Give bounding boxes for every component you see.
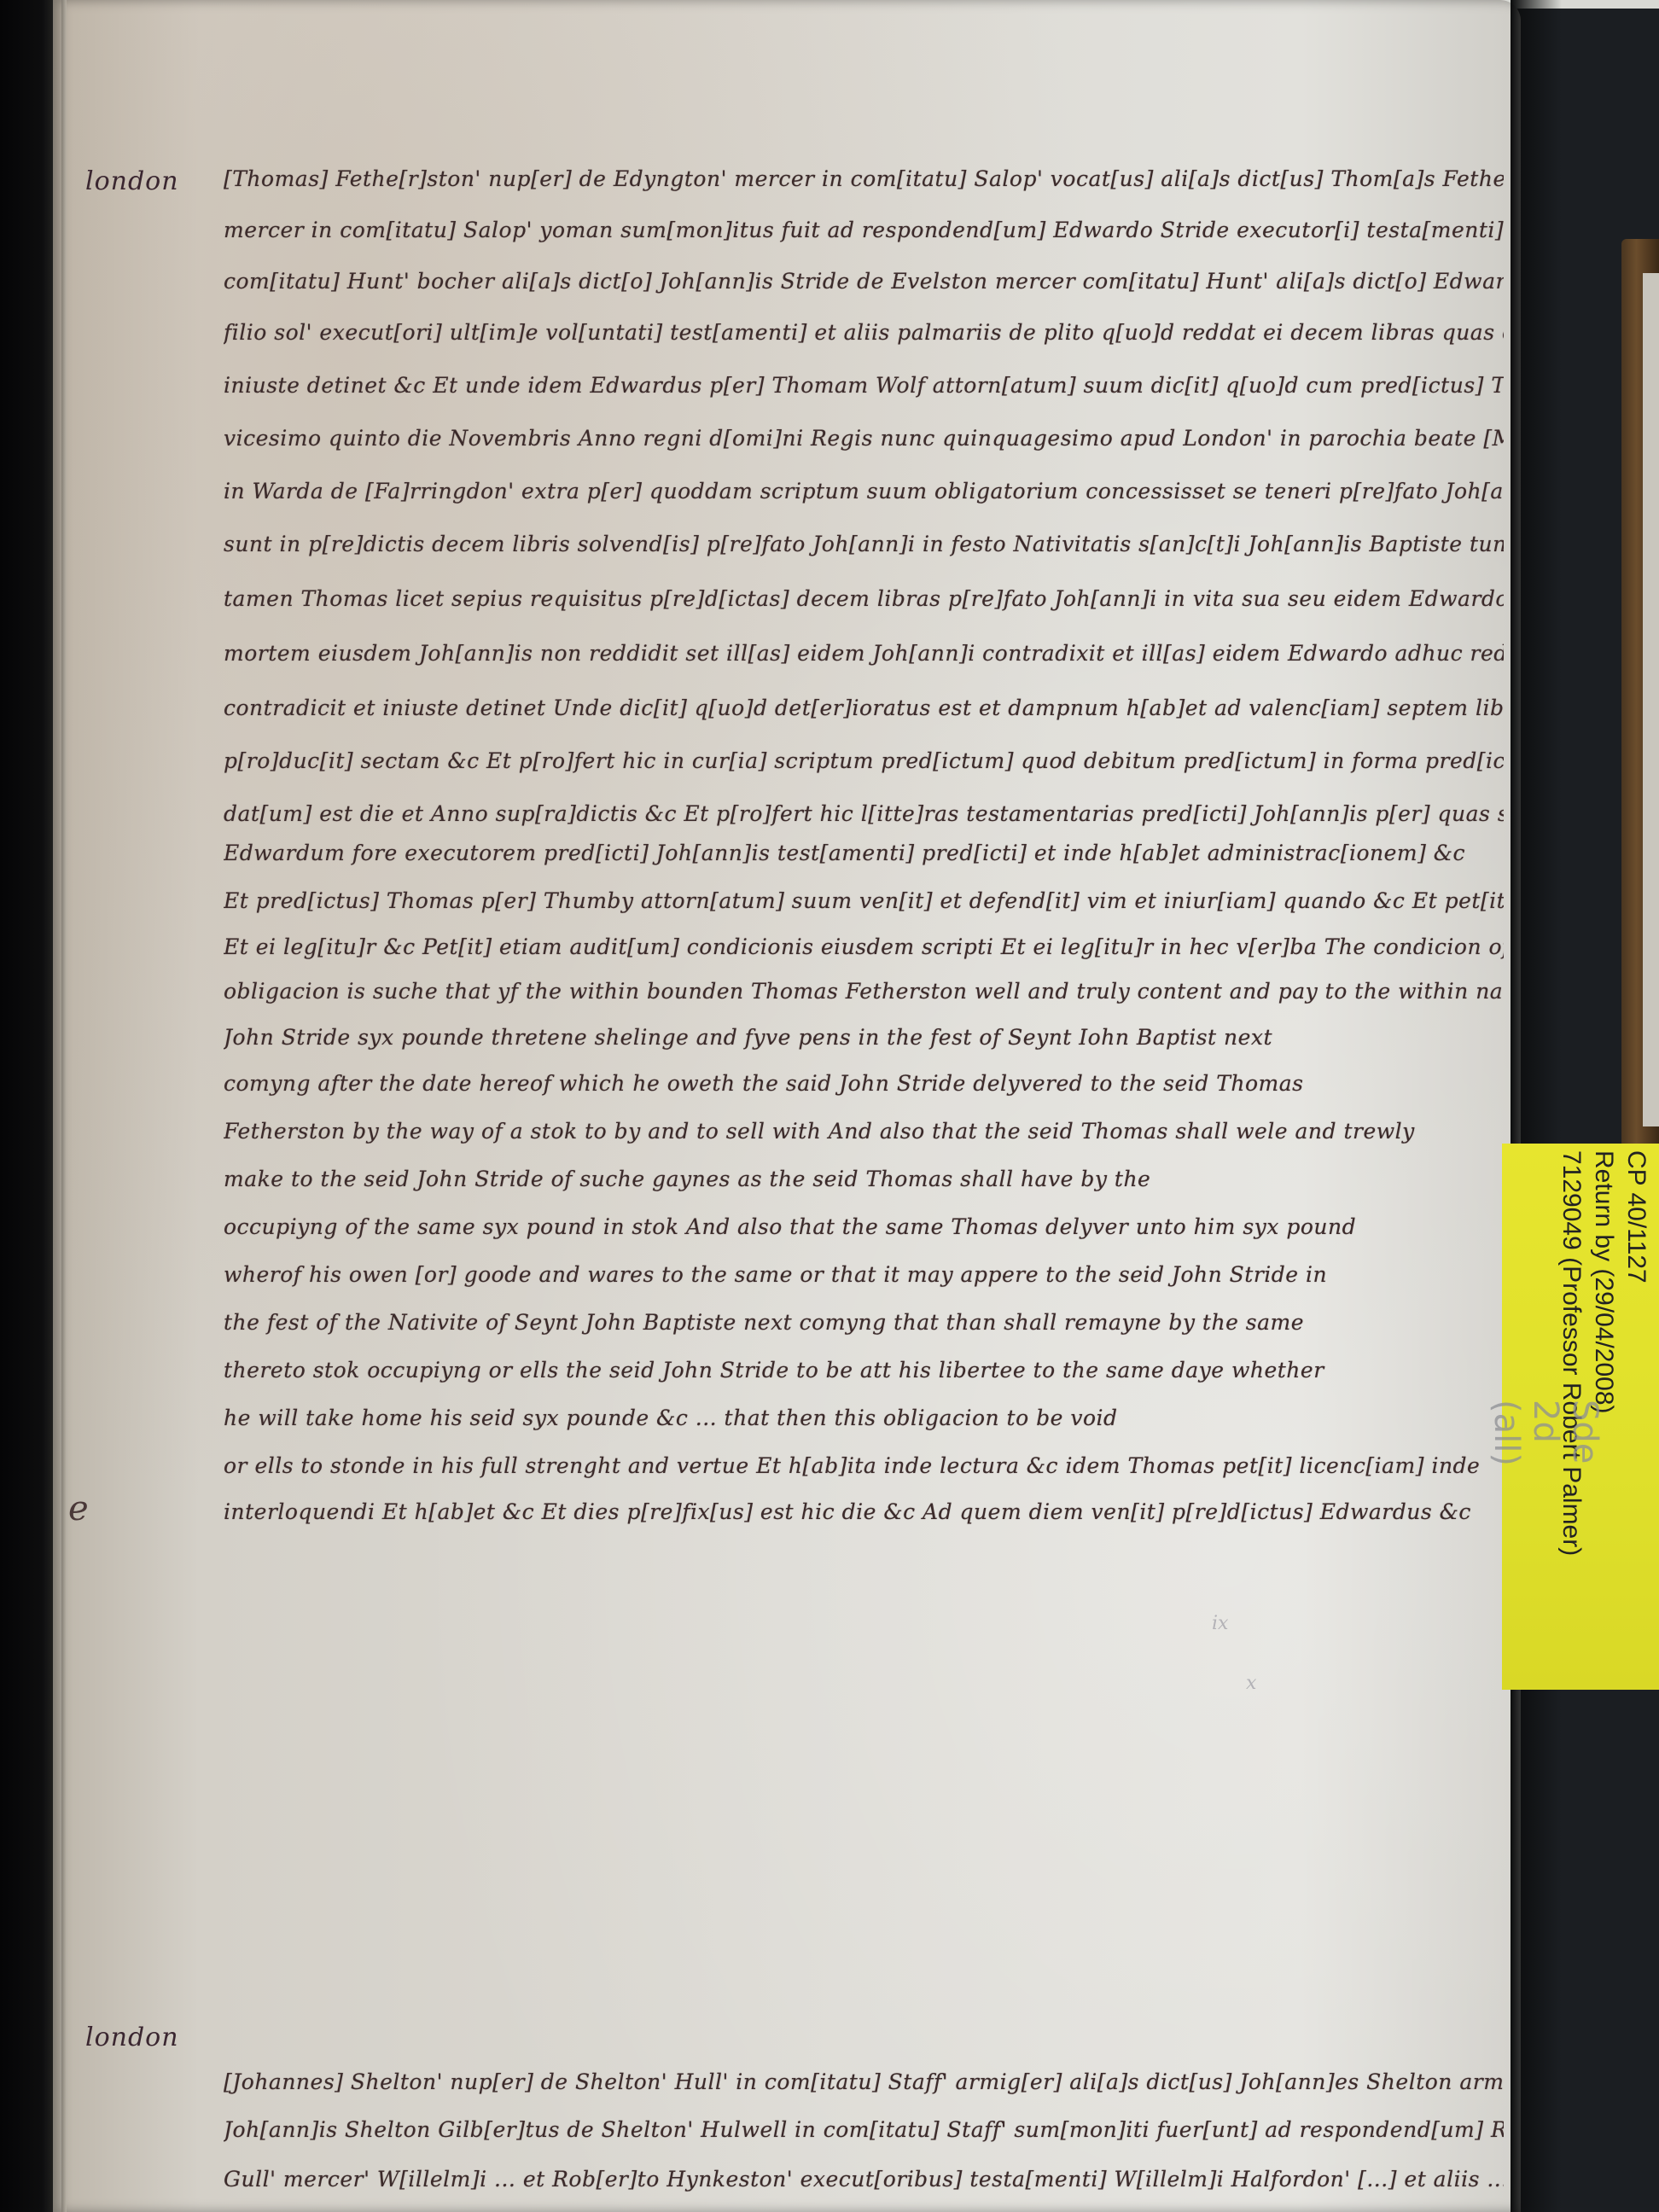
text-line: wherof his owen [or] goode and wares to … [224,1258,1504,1292]
text-line: comyng after the date hereof which he ow… [224,1067,1504,1101]
text-line: com[itatu] Hunt' bocher ali[a]s dict[o] … [224,265,1504,299]
text-line: contradicit et iniuste detinet Unde dic[… [224,691,1504,725]
text-line: in Warda de [Fa]rringdon' extra p[er] qu… [224,474,1504,509]
text-line: Joh[ann]is Shelton Gilb[er]tus de Shelto… [224,2113,1504,2147]
slip-return-date: Return by (29/04/2008) [1587,1150,1620,1556]
pencil-note: Sde 2d (all) [1487,1400,1604,1466]
text-line: vicesimo quinto die Novembris Anno regni… [224,422,1504,456]
text-line: Et ei leg[itu]r &c Pet[it] etiam audit[u… [224,930,1504,964]
membrane-left-edge [61,0,67,2212]
text-line: interloquendi Et h[ab]et &c Et dies p[re… [224,1495,1504,1529]
margin-mark: e [68,1489,89,1528]
text-line: John Stride syx pounde thretene shelinge… [224,1021,1504,1055]
dark-background-left [0,0,60,2212]
text-line: sunt in p[re]dictis decem libris solvend… [224,527,1504,562]
text-line: [Johannes] Shelton' nup[er] de Shelton' … [224,2065,1504,2099]
text-line: filio sol' execut[ori] ult[im]e vol[unta… [224,316,1504,350]
membrane-shadow [1511,0,1562,2212]
text-line: mercer in com[itatu] Salop' yoman sum[mo… [224,213,1504,247]
text-line: thereto stok occupiyng or ells the seid … [224,1353,1504,1388]
text-line: Edwardum fore executorem pred[icti] Joh[… [224,836,1504,870]
text-line: tamen Thomas licet sepius requisitus p[r… [224,582,1504,616]
margin-heading-county: london [85,2023,179,2052]
text-line: or ells to stonde in his full strenght a… [224,1449,1504,1483]
text-line: obligacion is suche that yf the within b… [224,975,1504,1009]
faint-marginalia: x [1246,1673,1256,1694]
text-line: p[ro]duc[it] sectam &c Et p[ro]fert hic … [224,744,1504,778]
text-line: [Thomas] Fethe[r]ston' nup[er] de Edyngt… [224,162,1504,196]
text-line: he will take home his seid syx pounde &c… [224,1401,1504,1435]
slip-reference: CP 40/1127 [1620,1150,1652,1556]
request-slip: CP 40/1127 Return by (29/04/2008) 712904… [1502,1144,1659,1690]
binding-board-inner-edge [1643,273,1659,1126]
text-line: dat[um] est die et Anno sup[ra]dictis &c… [224,797,1504,831]
margin-heading-county: london [85,166,179,196]
text-line: mortem eiusdem Joh[ann]is non reddidit s… [224,637,1504,671]
request-slip-text: CP 40/1127 Return by (29/04/2008) 712904… [1555,1150,1652,1556]
text-line: Gull' mercer' W[illelm]i ... et Rob[er]t… [224,2163,1504,2197]
text-line: iniuste detinet &c Et unde idem Edwardus… [224,369,1504,403]
text-line: occupiyng of the same syx pound in stok … [224,1210,1504,1244]
slip-reader: 7129049 (Professor Robert Palmer) [1555,1150,1587,1556]
text-line: the fest of the Nativite of Seynt John B… [224,1306,1504,1340]
text-line: Fetherston by the way of a stok to by an… [224,1115,1504,1149]
text-line: Et pred[ictus] Thomas p[er] Thumby attor… [224,884,1504,918]
text-line: make to the seid John Stride of suche ga… [224,1162,1504,1196]
faint-marginalia: ix [1212,1613,1228,1634]
